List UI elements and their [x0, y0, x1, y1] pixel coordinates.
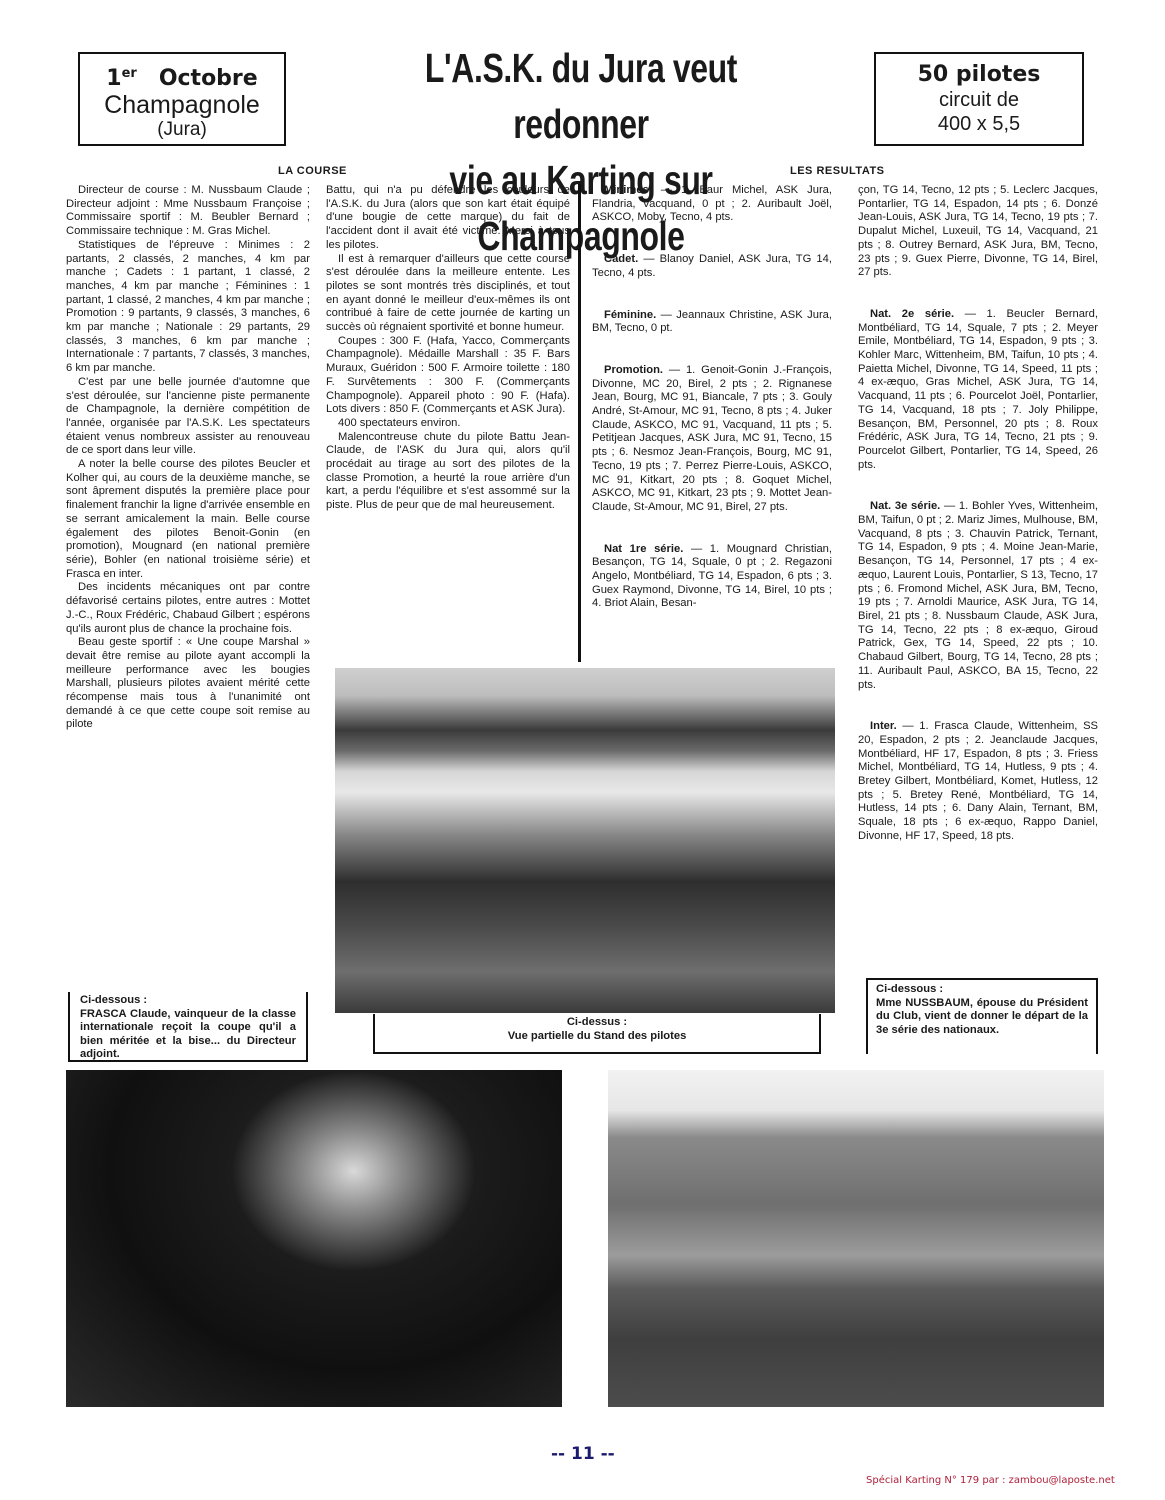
- result-text: — 1. Beucler Bernard, Montbéliard, TG 14…: [858, 308, 1098, 471]
- result-text: — 1. Bohler Yves, Wittenheim, BM, Taifun…: [858, 500, 1098, 690]
- caption-stand: Ci-dessus : Vue partielle du Stand des p…: [373, 1014, 821, 1054]
- photo-frasca-trophy: [66, 1070, 562, 1407]
- paragraph: A noter la belle course des pilotes Beuc…: [66, 458, 310, 581]
- results-column-1: Minimes. — 1. Baur Michel, ASK Jura, Fla…: [592, 184, 832, 639]
- result-category: Cadet.: [604, 253, 638, 265]
- event-city: Champagnole: [80, 91, 284, 119]
- paragraph: 400 spectateurs environ.: [326, 417, 570, 431]
- result-category: Promotion.: [604, 364, 663, 376]
- photo-pilots-paddock: [335, 668, 835, 1013]
- results-column-2: çon, TG 14, Tecno, 12 pts ; 5. Leclerc J…: [858, 184, 1098, 872]
- caption-text: Vue partielle du Stand des pilotes: [375, 1030, 819, 1044]
- paragraph: Des incidents mécaniques ont par contre …: [66, 581, 310, 636]
- paragraph: C'est par une belle journée d'automne qu…: [66, 376, 310, 458]
- result-block-nat-1-cont: çon, TG 14, Tecno, 12 pts ; 5. Leclerc J…: [858, 184, 1098, 280]
- event-date: 1erOctobre: [80, 62, 284, 91]
- pilot-count: 50 pilotes: [876, 62, 1082, 88]
- course-column-2: Battu, qui n'a pu défendre les couleurs …: [326, 184, 570, 513]
- column-divider: [578, 184, 581, 662]
- section-label-course: LA COURSE: [278, 165, 347, 177]
- result-block-nat-1: Nat 1re série. — 1. Mougnard Christian, …: [592, 543, 832, 612]
- race-info-box: 50 pilotes circuit de 400 x 5,5: [874, 52, 1084, 146]
- result-category: Inter.: [870, 720, 897, 732]
- caption-lead: Ci-dessus :: [375, 1016, 819, 1030]
- section-label-results: LES RESULTATS: [790, 165, 885, 177]
- result-text: — 1. Genoit-Gonin J.-François, Divonne, …: [592, 364, 832, 513]
- result-category: Nat. 2e série.: [870, 308, 954, 320]
- result-block-nat-3: Nat. 3e série. — 1. Bohler Yves, Wittenh…: [858, 500, 1098, 692]
- paragraph: Directeur de course : M. Nussbaum Claude…: [66, 184, 310, 239]
- caption-lead: Ci-dessous :: [80, 994, 296, 1008]
- paragraph: Coupes : 300 F. (Hafa, Yacco, Commerçant…: [326, 335, 570, 417]
- result-block-minimes: Minimes. — 1. Baur Michel, ASK Jura, Fla…: [592, 184, 832, 225]
- result-block-nat-2: Nat. 2e série. — 1. Beucler Bernard, Mon…: [858, 308, 1098, 472]
- paragraph: Il est à remarquer d'ailleurs que cette …: [326, 253, 570, 335]
- circuit-label: circuit de: [876, 88, 1082, 112]
- result-category: Nat. 3e série.: [870, 500, 940, 512]
- headline-line-1: L'A.S.K. du Jura veut redonner: [359, 40, 804, 152]
- photo-start-flag: [608, 1070, 1104, 1407]
- result-block-promotion: Promotion. — 1. Genoit-Gonin J.-François…: [592, 364, 832, 515]
- paragraph: Statistiques de l'épreuve : Minimes : 2 …: [66, 239, 310, 376]
- result-category: Féminine.: [604, 309, 656, 321]
- result-block-inter: Inter. — 1. Frasca Claude, Wittenheim, S…: [858, 720, 1098, 843]
- circuit-dimensions: 400 x 5,5: [876, 112, 1082, 136]
- result-category: Nat 1re série.: [604, 543, 683, 555]
- result-category: Minimes.: [604, 184, 652, 196]
- caption-text: FRASCA Claude, vainqueur de la classe in…: [80, 1008, 296, 1062]
- result-block-cadet: Cadet. — Blanoy Daniel, ASK Jura, TG 14,…: [592, 253, 832, 280]
- page-number: -- 11 --: [551, 1444, 615, 1464]
- course-column-1: Directeur de course : M. Nussbaum Claude…: [66, 184, 310, 732]
- footer-credit: Spécial Karting N° 179 par : zambou@lapo…: [866, 1475, 1115, 1486]
- caption-frasca: Ci-dessous : FRASCA Claude, vainqueur de…: [68, 992, 308, 1062]
- caption-lead: Ci-dessous :: [876, 983, 1088, 997]
- result-text: çon, TG 14, Tecno, 12 pts ; 5. Leclerc J…: [858, 184, 1098, 278]
- date-location-box: 1erOctobre Champagnole (Jura): [78, 52, 286, 146]
- result-block-feminine: Féminine. — Jeannaux Christine, ASK Jura…: [592, 309, 832, 336]
- date-suffix: er: [122, 66, 137, 81]
- caption-text: Mme NUSSBAUM, épouse du Président du Clu…: [876, 997, 1088, 1038]
- paragraph: Malencontreuse chute du pilote Battu Jea…: [326, 431, 570, 513]
- paragraph: Battu, qui n'a pu défendre les couleurs …: [326, 184, 570, 253]
- date-day: 1: [106, 66, 121, 91]
- paragraph: Beau geste sportif : « Une coupe Marshal…: [66, 636, 310, 732]
- result-text: — 1. Frasca Claude, Wittenheim, SS 20, E…: [858, 720, 1098, 842]
- caption-nussbaum: Ci-dessous : Mme NUSSBAUM, épouse du Pré…: [866, 978, 1098, 1054]
- date-month: Octobre: [159, 66, 258, 91]
- event-region: (Jura): [80, 119, 284, 141]
